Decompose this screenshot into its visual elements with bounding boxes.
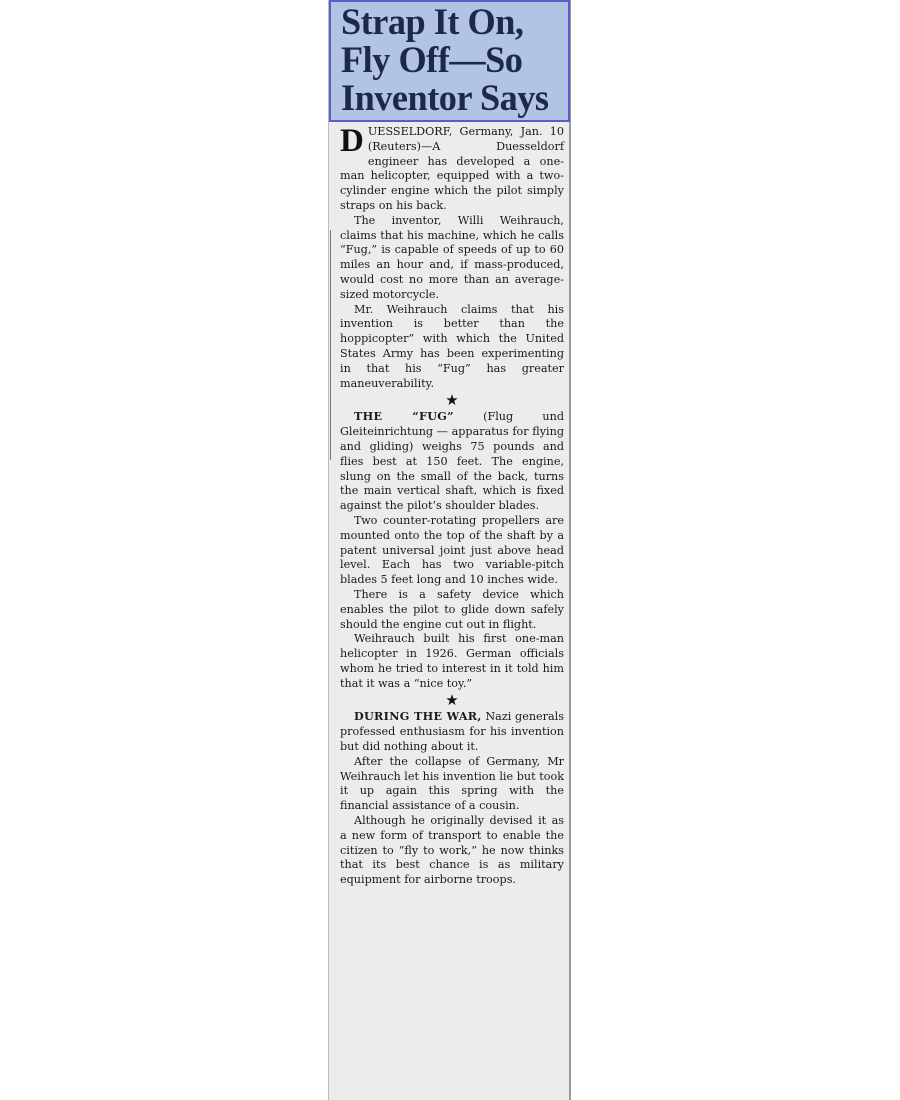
drop-cap: D: [340, 127, 364, 155]
headline-line-1: Strap It On,: [341, 4, 563, 42]
paragraph: There is a safety device which enables t…: [340, 588, 564, 632]
paragraph-section-2-lead: THE “FUG” (Flug und Gleiteinrichtung — a…: [340, 409, 564, 514]
column-rule: [330, 230, 331, 460]
paragraph-dateline: DUESSELDORF, Germany, Jan. 10 (Reuters)—…: [340, 125, 564, 214]
paragraph: Two counter-rotating propellers are moun…: [340, 514, 564, 588]
paragraph: Mr. Weihrauch claims that his invention …: [340, 303, 564, 392]
star-divider-icon: ★: [340, 693, 564, 708]
article-body: DUESSELDORF, Germany, Jan. 10 (Reuters)—…: [340, 125, 564, 888]
paragraph: The inventor, Willi Weihrauch, claims th…: [340, 214, 564, 303]
paragraph: Weihrauch built his first one-man helico…: [340, 632, 564, 691]
star-divider-icon: ★: [340, 393, 564, 408]
headline-highlight: Strap It On, Fly Off—So Inventor Says: [329, 0, 570, 122]
headline: Strap It On, Fly Off—So Inventor Says: [341, 2, 563, 118]
paragraph: Although he originally devised it as a n…: [340, 814, 564, 888]
section-lead: THE “FUG”: [354, 409, 454, 423]
section-lead: DURING THE WAR,: [354, 709, 482, 723]
headline-line-3: Inventor Says: [341, 80, 563, 118]
headline-line-2: Fly Off—So: [341, 42, 563, 80]
paragraph: After the collapse of Germany, Mr Weihra…: [340, 755, 564, 814]
newspaper-clipping: Strap It On, Fly Off—So Inventor Says DU…: [328, 0, 571, 1100]
paragraph-section-3-lead: DURING THE WAR, Nazi generals professed …: [340, 709, 564, 754]
